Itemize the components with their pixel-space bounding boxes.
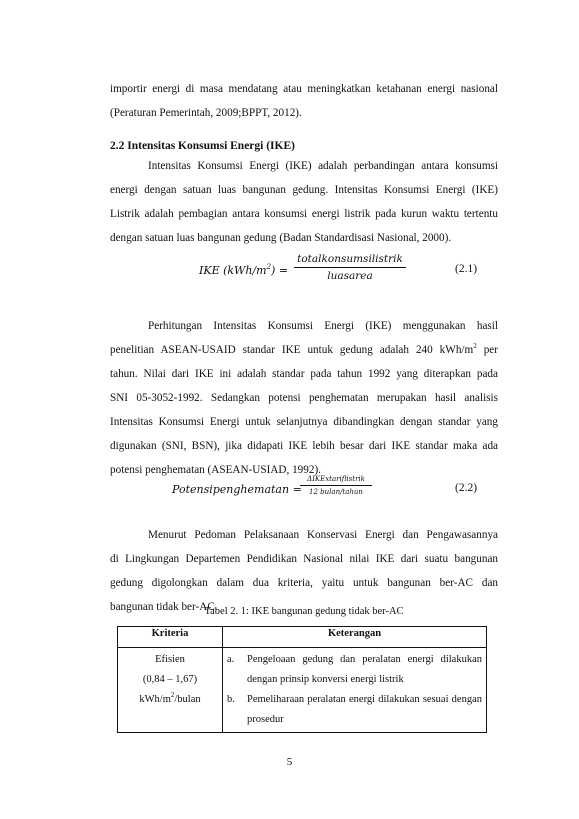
text-line: energi dengan satuan luas bangunan gedun… [110, 178, 498, 202]
list-text: Pengeloaan gedung dan peralatan energi d… [247, 650, 482, 690]
equation-fraction: totalkonsumsilistrik luasarea [294, 253, 406, 282]
text-line: Intensitas Konsumsi Energi (IKE) adalah … [110, 154, 498, 178]
fraction-denominator: luasarea [294, 268, 406, 282]
equation-lhs: Potensipenghematan = [172, 483, 302, 496]
equation-fraction: ΔIKExtariflistrik 12 bulan/tahun [300, 475, 372, 496]
text-line: penelitian ASEAN-USAID standar IKE untuk… [110, 338, 498, 362]
table-row: Efisien (0,84 – 1,67) kWh/m2/bulan a. Pe… [118, 648, 487, 733]
text-line: tahun. Nilai dari IKE ini adalah standar… [110, 362, 498, 386]
equation-number: (2.2) [455, 482, 477, 494]
text-line: (Peraturan Pemerintah, 2009;BPPT, 2012). [110, 101, 498, 125]
kriteria-range: (0,84 – 1,67) [122, 670, 218, 690]
page-number: 5 [0, 756, 579, 768]
text-line: gedung digolongkan dalam dua kriteria, y… [110, 571, 498, 595]
list-item: b. Pemeliharaan peralatan energi dilakuk… [227, 690, 482, 730]
text-line: Menurut Pedoman Pelaksanaan Konservasi E… [110, 523, 498, 547]
table-caption: Tabel 2. 1: IKE bangunan gedung tidak be… [110, 604, 498, 620]
document-page: importir energi di masa mendatang atau m… [0, 0, 579, 819]
list-marker: a. [227, 650, 247, 690]
paragraph-ike-standard: Perhitungan Intensitas Konsumsi Energi (… [110, 314, 498, 482]
fraction-denominator: 12 bulan/tahun [300, 486, 372, 496]
text-line: digunakan (SNI, BSN), jika didapati IKE … [110, 434, 498, 458]
list-text: Pemeliharaan peralatan energi dilakukan … [247, 690, 482, 730]
column-header-kriteria: Kriteria [118, 627, 223, 648]
text-line: Listrik adalah pembagian antara konsumsi… [110, 202, 498, 226]
kriteria-cell: Efisien (0,84 – 1,67) kWh/m2/bulan [118, 648, 223, 733]
equation-lhs: IKE (kWh/m2) = [199, 264, 288, 277]
kriteria-unit: kWh/m2/bulan [122, 690, 218, 710]
kriteria-name: Efisien [122, 650, 218, 670]
text-line: importir energi di masa mendatang atau m… [110, 77, 498, 101]
intro-paragraph: importir energi di masa mendatang atau m… [110, 77, 498, 125]
keterangan-cell: a. Pengeloaan gedung dan peralatan energ… [223, 648, 487, 733]
column-header-keterangan: Keterangan [223, 627, 487, 648]
text-line: SNI 05-3052-1992. Sedangkan potensi peng… [110, 386, 498, 410]
fraction-numerator: totalkonsumsilistrik [294, 253, 406, 268]
paragraph-ike-definition: Intensitas Konsumsi Energi (IKE) adalah … [110, 154, 498, 250]
table-header-row: Kriteria Keterangan [118, 627, 487, 648]
text-line: Perhitungan Intensitas Konsumsi Energi (… [110, 314, 498, 338]
list-marker: b. [227, 690, 247, 730]
text-line: di Lingkungan Departemen Pendidikan Nasi… [110, 547, 498, 571]
fraction-numerator: ΔIKExtariflistrik [300, 475, 372, 486]
text-line: dengan satuan luas bangunan gedung (Bada… [110, 226, 498, 250]
list-item: a. Pengeloaan gedung dan peralatan energ… [227, 650, 482, 690]
text-line: Intensitas Konsumsi Energi untuk selanju… [110, 410, 498, 434]
equation-number: (2.1) [455, 263, 477, 275]
ike-table: Kriteria Keterangan Efisien (0,84 – 1,67… [117, 626, 487, 733]
